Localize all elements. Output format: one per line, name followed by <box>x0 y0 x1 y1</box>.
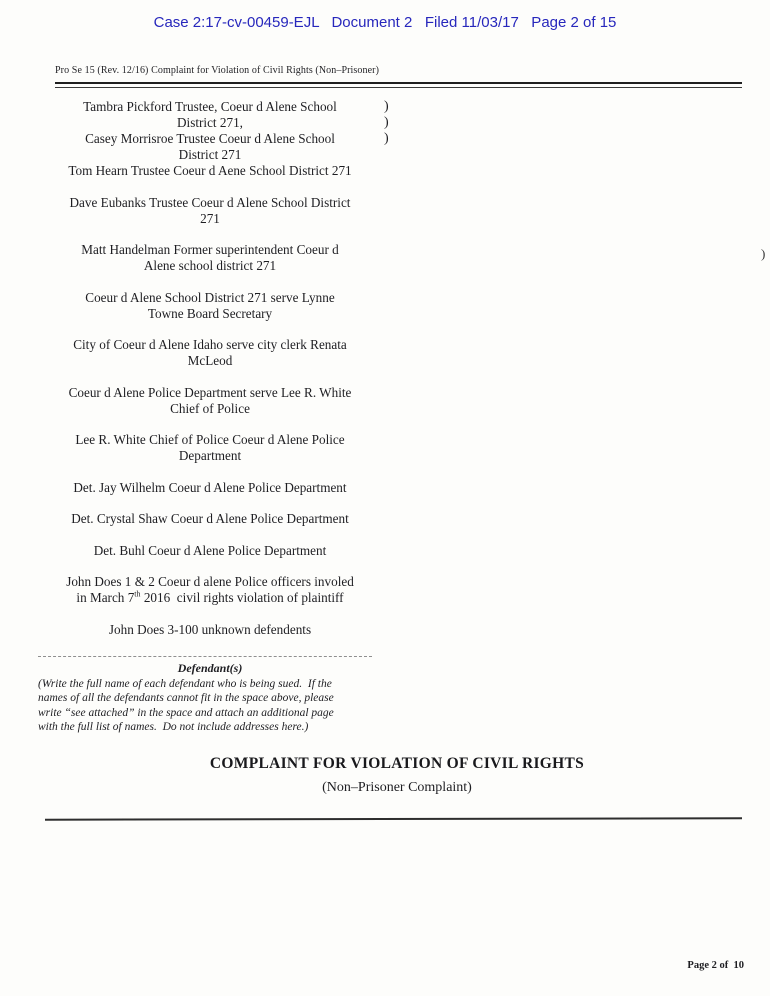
caption-line: Det. Crystal Shaw Coeur d Alene Police D… <box>45 511 375 527</box>
caption-line: Dave Eubanks Trustee Coeur d Alene Schoo… <box>45 195 375 211</box>
caption-paren: ) <box>384 131 389 147</box>
caption-line: Tom Hearn Trustee Coeur d Aene School Di… <box>45 163 375 179</box>
caption-line-post: 2016 civil rights violation of plaintiff <box>141 590 344 605</box>
note-line: names of all the defendants cannot fit i… <box>38 691 388 705</box>
page-number-footer: Page 2 of 10 <box>687 960 744 971</box>
caption-line: City of Coeur d Alene Idaho serve city c… <box>45 337 375 353</box>
defendant-group: Coeur d Alene Police Department serve Le… <box>45 385 375 417</box>
caption-paren: ) <box>384 99 389 115</box>
defendant-group: John Does 1 & 2 Coeur d alene Police off… <box>45 574 375 606</box>
defendant-group: Coeur d Alene School District 271 serve … <box>45 290 375 322</box>
caption-line: District 271 <box>45 147 375 163</box>
defendant-caption-block: Tambra Pickford Trustee, Coeur d Alene S… <box>45 99 375 653</box>
caption-line: Lee R. White Chief of Police Coeur d Ale… <box>45 432 375 448</box>
caption-line-pre: in March 7 <box>76 590 134 605</box>
defendant-group: Dave Eubanks Trustee Coeur d Alene Schoo… <box>45 195 375 227</box>
defendant-group: City of Coeur d Alene Idaho serve city c… <box>45 337 375 369</box>
defendant-group: Lee R. White Chief of Police Coeur d Ale… <box>45 432 375 464</box>
form-header-label: Pro Se 15 (Rev. 12/16) Complaint for Vio… <box>55 65 379 76</box>
defendant-group: Tambra Pickford Trustee, Coeur d Alene S… <box>45 99 375 179</box>
caption-line: Casey Morrisroe Trustee Coeur d Alene Sc… <box>45 131 375 147</box>
caption-line: District 271, <box>45 115 375 131</box>
caption-line-with-superscript: in March 7th 2016 civil rights violation… <box>45 590 375 606</box>
document-page: Case 2:17-cv-00459-EJL Document 2 Filed … <box>0 0 770 996</box>
complaint-title-block: COMPLAINT FOR VIOLATION OF CIVIL RIGHTS … <box>24 755 770 796</box>
defendant-group: Det. Buhl Coeur d Alene Police Departmen… <box>45 543 375 559</box>
caption-paren-column: ) ) ) <box>384 99 389 147</box>
defendant-group: Matt Handelman Former superintendent Coe… <box>45 242 375 274</box>
caption-line: Department <box>45 448 375 464</box>
scan-edge-artifact: ) <box>761 246 765 262</box>
defendant-group: John Does 3-100 unknown defendents <box>45 622 375 638</box>
defendant-label: Defendant(s) <box>45 661 375 676</box>
caption-paren: ) <box>384 115 389 131</box>
caption-line: Det. Jay Wilhelm Coeur d Alene Police De… <box>45 480 375 496</box>
caption-line: Chief of Police <box>45 401 375 417</box>
complaint-subtitle: (Non–Prisoner Complaint) <box>24 780 770 796</box>
caption-line: 271 <box>45 211 375 227</box>
note-line: write “see attached” in the space and at… <box>38 706 388 720</box>
note-line: (Write the full name of each defendant w… <box>38 677 388 691</box>
caption-line: Tambra Pickford Trustee, Coeur d Alene S… <box>45 99 375 115</box>
defendant-divider-line <box>38 656 372 657</box>
header-double-rule <box>55 82 742 88</box>
caption-line: Alene school district 271 <box>45 258 375 274</box>
ecf-stamp-header: Case 2:17-cv-00459-EJL Document 2 Filed … <box>0 14 770 31</box>
caption-line: Matt Handelman Former superintendent Coe… <box>45 242 375 258</box>
defendant-group: Det. Jay Wilhelm Coeur d Alene Police De… <box>45 480 375 496</box>
complaint-title: COMPLAINT FOR VIOLATION OF CIVIL RIGHTS <box>24 755 770 773</box>
caption-line: John Does 3-100 unknown defendents <box>45 622 375 638</box>
section-rule-line <box>45 817 742 820</box>
defendant-instructions-note: (Write the full name of each defendant w… <box>38 677 388 735</box>
caption-line: Det. Buhl Coeur d Alene Police Departmen… <box>45 543 375 559</box>
caption-line: Coeur d Alene Police Department serve Le… <box>45 385 375 401</box>
caption-line: McLeod <box>45 353 375 369</box>
caption-line: Towne Board Secretary <box>45 306 375 322</box>
note-line: with the full list of names. Do not incl… <box>38 720 388 734</box>
caption-line: Coeur d Alene School District 271 serve … <box>45 290 375 306</box>
caption-line: John Does 1 & 2 Coeur d alene Police off… <box>45 574 375 590</box>
defendant-group: Det. Crystal Shaw Coeur d Alene Police D… <box>45 511 375 527</box>
